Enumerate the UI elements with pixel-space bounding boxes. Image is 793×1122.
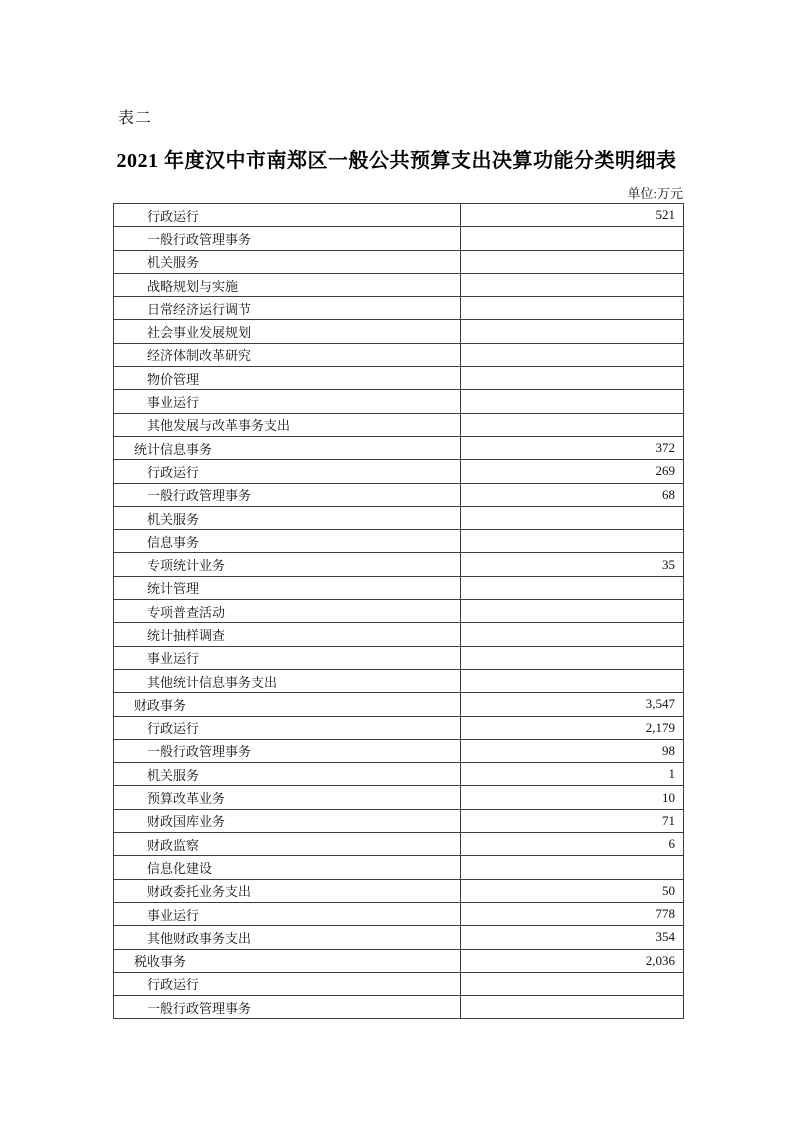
row-label: 统计信息事务 — [114, 436, 461, 459]
table-row: 一般行政管理事务 — [114, 996, 684, 1019]
table-row: 财政监察6 — [114, 833, 684, 856]
row-value: 68 — [461, 483, 684, 506]
table-row: 事业运行 — [114, 390, 684, 413]
row-value: 778 — [461, 902, 684, 925]
row-label: 一般行政管理事务 — [114, 227, 461, 250]
row-label: 机关服务 — [114, 250, 461, 273]
table-row: 信息化建设 — [114, 856, 684, 879]
row-value — [461, 646, 684, 669]
row-label: 财政事务 — [114, 693, 461, 716]
row-value — [461, 250, 684, 273]
row-value — [461, 367, 684, 390]
row-label: 社会事业发展规划 — [114, 320, 461, 343]
row-label: 其他发展与改革事务支出 — [114, 413, 461, 436]
row-value — [461, 996, 684, 1019]
row-label: 一般行政管理事务 — [114, 483, 461, 506]
row-label: 事业运行 — [114, 902, 461, 925]
table-row: 财政委托业务支出50 — [114, 879, 684, 902]
row-value: 35 — [461, 553, 684, 576]
table-row: 行政运行521 — [114, 204, 684, 227]
row-label: 税收事务 — [114, 949, 461, 972]
row-label: 财政国库业务 — [114, 809, 461, 832]
row-label: 物价管理 — [114, 367, 461, 390]
row-label: 信息化建设 — [114, 856, 461, 879]
table-row: 事业运行 — [114, 646, 684, 669]
row-value — [461, 390, 684, 413]
budget-table: 行政运行521一般行政管理事务机关服务战略规划与实施日常经济运行调节社会事业发展… — [113, 203, 684, 1019]
table-row: 专项统计业务35 — [114, 553, 684, 576]
row-value — [461, 413, 684, 436]
row-value — [461, 320, 684, 343]
budget-table-body: 行政运行521一般行政管理事务机关服务战略规划与实施日常经济运行调节社会事业发展… — [114, 204, 684, 1019]
row-label: 行政运行 — [114, 716, 461, 739]
row-value — [461, 506, 684, 529]
row-value: 372 — [461, 436, 684, 459]
row-label: 统计管理 — [114, 576, 461, 599]
row-value: 269 — [461, 460, 684, 483]
page-title: 2021 年度汉中市南郑区一般公共预算支出决算功能分类明细表 — [0, 144, 793, 173]
row-label: 财政委托业务支出 — [114, 879, 461, 902]
table-row: 统计信息事务372 — [114, 436, 684, 459]
table-row: 行政运行 — [114, 972, 684, 995]
table-row: 行政运行2,179 — [114, 716, 684, 739]
row-label: 日常经济运行调节 — [114, 297, 461, 320]
row-label: 行政运行 — [114, 204, 461, 227]
table-row: 一般行政管理事务98 — [114, 739, 684, 762]
row-value — [461, 297, 684, 320]
row-value: 71 — [461, 809, 684, 832]
table-row: 行政运行269 — [114, 460, 684, 483]
table-row: 日常经济运行调节 — [114, 297, 684, 320]
table-row: 经济体制改革研究 — [114, 343, 684, 366]
row-value — [461, 273, 684, 296]
row-label: 专项统计业务 — [114, 553, 461, 576]
row-label: 信息事务 — [114, 530, 461, 553]
row-label: 机关服务 — [114, 506, 461, 529]
row-label: 经济体制改革研究 — [114, 343, 461, 366]
row-label: 战略规划与实施 — [114, 273, 461, 296]
row-value: 1 — [461, 763, 684, 786]
unit-note: 单位:万元 — [113, 183, 683, 202]
table-row: 机关服务 — [114, 250, 684, 273]
table-row: 财政事务3,547 — [114, 693, 684, 716]
row-value — [461, 227, 684, 250]
row-label: 事业运行 — [114, 390, 461, 413]
table-row: 机关服务1 — [114, 763, 684, 786]
row-value — [461, 600, 684, 623]
row-value: 6 — [461, 833, 684, 856]
row-label: 其他统计信息事务支出 — [114, 669, 461, 692]
table-row: 其他发展与改革事务支出 — [114, 413, 684, 436]
table-row: 税收事务2,036 — [114, 949, 684, 972]
row-value: 354 — [461, 926, 684, 949]
row-label: 一般行政管理事务 — [114, 739, 461, 762]
table-row: 物价管理 — [114, 367, 684, 390]
row-label: 一般行政管理事务 — [114, 996, 461, 1019]
table-row: 统计管理 — [114, 576, 684, 599]
row-value — [461, 972, 684, 995]
row-value — [461, 623, 684, 646]
row-label: 机关服务 — [114, 763, 461, 786]
row-label: 事业运行 — [114, 646, 461, 669]
row-value — [461, 576, 684, 599]
table-row: 其他统计信息事务支出 — [114, 669, 684, 692]
row-label: 专项普查活动 — [114, 600, 461, 623]
row-value — [461, 669, 684, 692]
row-label: 行政运行 — [114, 972, 461, 995]
table-row: 事业运行778 — [114, 902, 684, 925]
row-value: 2,036 — [461, 949, 684, 972]
row-label: 其他财政事务支出 — [114, 926, 461, 949]
row-value: 50 — [461, 879, 684, 902]
row-label: 财政监察 — [114, 833, 461, 856]
row-label: 行政运行 — [114, 460, 461, 483]
row-value: 2,179 — [461, 716, 684, 739]
row-value: 10 — [461, 786, 684, 809]
table-row: 一般行政管理事务68 — [114, 483, 684, 506]
table-row: 统计抽样调查 — [114, 623, 684, 646]
row-value: 521 — [461, 204, 684, 227]
row-value: 98 — [461, 739, 684, 762]
row-label: 预算改革业务 — [114, 786, 461, 809]
table-row: 信息事务 — [114, 530, 684, 553]
document-page: 表二 2021 年度汉中市南郑区一般公共预算支出决算功能分类明细表 单位:万元 … — [0, 0, 793, 1122]
table-row: 战略规划与实施 — [114, 273, 684, 296]
table-row: 预算改革业务10 — [114, 786, 684, 809]
table-row: 社会事业发展规划 — [114, 320, 684, 343]
table-row: 机关服务 — [114, 506, 684, 529]
table-row: 财政国库业务71 — [114, 809, 684, 832]
row-value — [461, 530, 684, 553]
table-row: 其他财政事务支出354 — [114, 926, 684, 949]
row-value — [461, 856, 684, 879]
table-row: 一般行政管理事务 — [114, 227, 684, 250]
table-number-label: 表二 — [118, 105, 152, 128]
row-label: 统计抽样调查 — [114, 623, 461, 646]
row-value — [461, 343, 684, 366]
row-value: 3,547 — [461, 693, 684, 716]
table-row: 专项普查活动 — [114, 600, 684, 623]
